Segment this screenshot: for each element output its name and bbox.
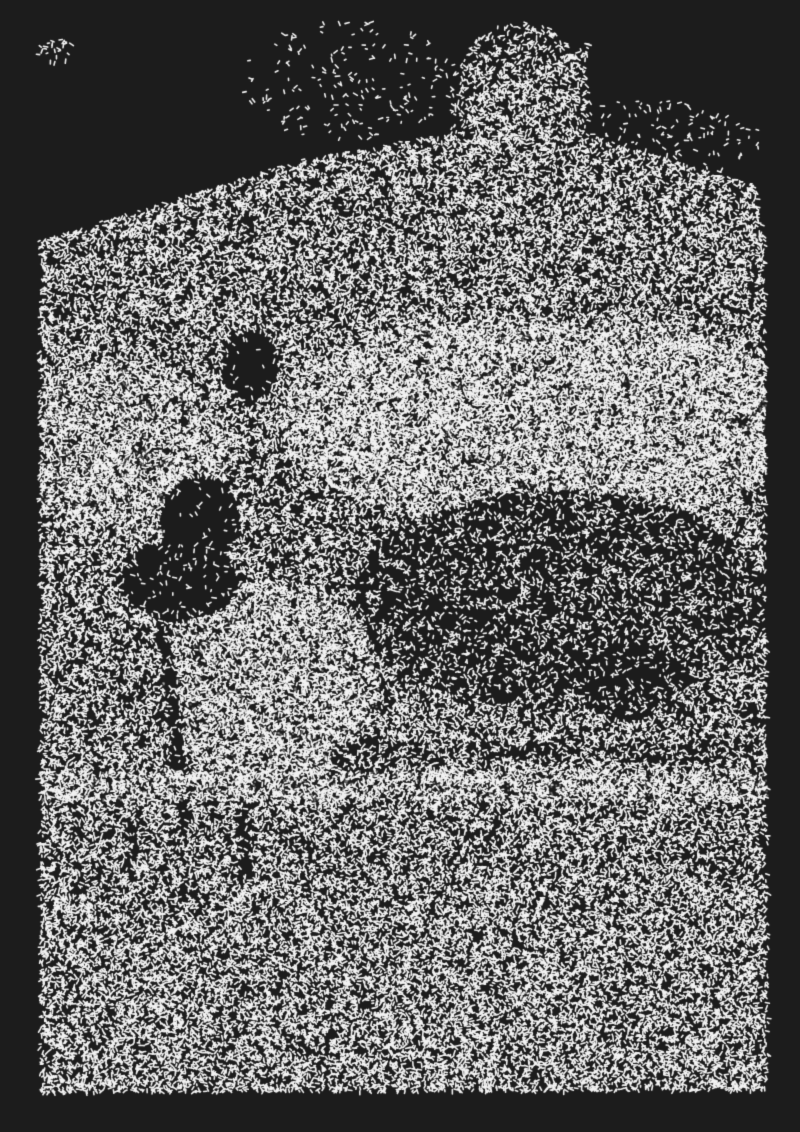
- stipple-artwork: [0, 0, 800, 1132]
- artwork-frame: Stippled white-on-black textured renderi…: [0, 0, 800, 1132]
